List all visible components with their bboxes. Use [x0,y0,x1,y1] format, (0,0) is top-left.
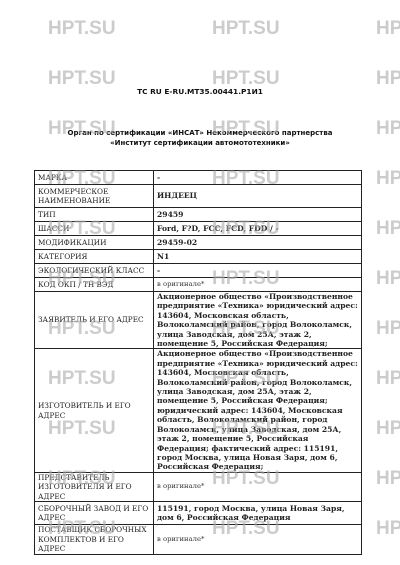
watermark-text: HPT.SU [376,169,400,188]
row-label-assembly-plant: СБОРОЧНЫЙ ЗАВОД И ЕГО АДРЕС [35,502,154,525]
table-row: ПРЕДСТАВИТЕЛЬ ИЗГОТОВИТЕЛЯ И ЕГО АДРЕС в… [35,472,362,502]
row-label-representative: ПРЕДСТАВИТЕЛЬ ИЗГОТОВИТЕЛЯ И ЕГО АДРЕС [35,472,154,502]
watermark-text: HPT.SU [376,519,400,538]
watermark-text: HPT.SU [376,69,400,88]
row-label-kit-supplier: ПОСТАВЩИК СБОРОЧНЫХ КОМПЛЕКТОВ И ЕГО АДР… [35,525,154,555]
watermark-text: HPT.SU [376,269,400,288]
row-value-category: N1 [154,250,362,264]
row-value-modifications: 29459-02 [154,236,362,250]
row-value-type: 29459 [154,208,362,222]
row-value-chassis: Ford, F?D, FCC, FCD, FDD / - [154,222,362,236]
row-label-eco-class: ЭКОЛОГИЧЕСКИЙ КЛАСС [35,264,154,278]
row-value-assembly-plant: 115191, город Москва, улица Новая Заря, … [154,502,362,525]
table-row: СБОРОЧНЫЙ ЗАВОД И ЕГО АДРЕС 115191, горо… [35,502,362,525]
table-row: ЭКОЛОГИЧЕСКИЙ КЛАСС - [35,264,362,278]
table-row: КАТЕГОРИЯ N1 [35,250,362,264]
row-label-okp-code: КОД ОКП / ТН ВЭД [35,278,154,292]
row-value-kit-supplier: в оригинале* [154,525,362,555]
watermark-text: HPT.SU [376,419,400,438]
row-label-applicant: ЗАЯВИТЕЛЬ И ЕГО АДРЕС [35,292,154,349]
row-label-chassis: ШАССИ [35,222,154,236]
watermark-text: HPT.SU [212,69,280,88]
row-value-manufacturer: Акционерное общество «Производственное п… [154,349,362,472]
row-value-brand: - [154,171,362,185]
row-label-modifications: МОДИФИКАЦИИ [35,236,154,250]
row-value-eco-class: - [154,264,362,278]
table-row: ПОСТАВЩИК СБОРОЧНЫХ КОМПЛЕКТОВ И ЕГО АДР… [35,525,362,555]
table-row: КОД ОКП / ТН ВЭД в оригинале* [35,278,362,292]
watermark-text: HPT.SU [376,219,400,238]
row-label-type: ТИП [35,208,154,222]
watermark-text: HPT.SU [48,19,116,38]
table-row: ШАССИ Ford, F?D, FCC, FCD, FDD / - [35,222,362,236]
table-row: ТИП 29459 [35,208,362,222]
row-value-representative: в оригинале* [154,472,362,502]
row-label-category: КАТЕГОРИЯ [35,250,154,264]
table-row: КОММЕРЧЕСКОЕ НАИМЕНОВАНИЕ ИНДЕЕЦ [35,185,362,208]
row-value-commercial-name: ИНДЕЕЦ [154,185,362,208]
certification-body: Орган по сертификации «ИНСАТ» Некоммерче… [50,128,350,148]
table-row: МОДИФИКАЦИИ 29459-02 [35,236,362,250]
watermark-text: HPT.SU [212,19,280,38]
watermark-text: HPT.SU [376,19,400,38]
row-label-commercial-name: КОММЕРЧЕСКОЕ НАИМЕНОВАНИЕ [35,185,154,208]
vehicle-data-table: МАРКА - КОММЕРЧЕСКОЕ НАИМЕНОВАНИЕ ИНДЕЕЦ… [34,170,362,555]
table-row: ИЗГОТОВИТЕЛЬ И ЕГО АДРЕС Акционерное общ… [35,349,362,472]
watermark-text: HPT.SU [48,69,116,88]
row-label-brand: МАРКА [35,171,154,185]
table-row: МАРКА - [35,171,362,185]
row-value-okp-code: в оригинале* [154,278,362,292]
watermark-text: HPT.SU [376,319,400,338]
row-value-applicant: Акционерное общество «Производственное п… [154,292,362,349]
watermark-text: HPT.SU [376,369,400,388]
row-label-manufacturer: ИЗГОТОВИТЕЛЬ И ЕГО АДРЕС [35,349,154,472]
watermark-text: HPT.SU [376,469,400,488]
table-row: ЗАЯВИТЕЛЬ И ЕГО АДРЕС Акционерное общест… [35,292,362,349]
watermark-text: HPT.SU [376,119,400,138]
certificate-number: TC RU E-RU.MT35.00441.P1И1 [0,87,400,96]
